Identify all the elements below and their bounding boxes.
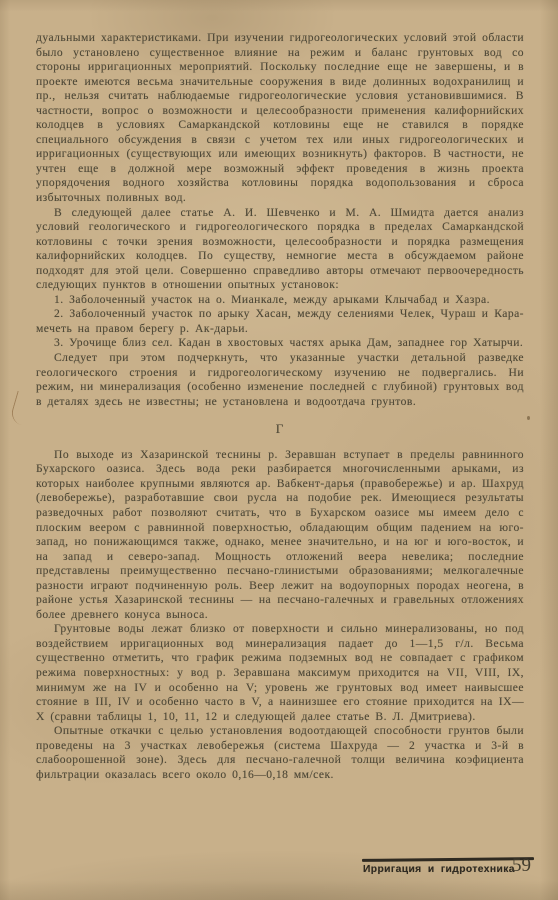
list-item: 1. Заболоченный участок на о. Мианкале, … [36, 293, 524, 308]
margin-pen-mark [9, 391, 30, 425]
list-item: 2. Заболоченный участок по арыку Хасан, … [36, 307, 524, 336]
paragraph: Грунтовые воды лежат близко от поверхнос… [36, 622, 524, 724]
ink-speck [527, 416, 530, 420]
list-item: 3. Урочище близ сел. Кадан в хвостовых ч… [36, 336, 524, 351]
paragraph: Следует при этом подчеркнуть, что указан… [36, 351, 524, 409]
journal-title: Ирригация и гидротехника [363, 864, 513, 875]
paragraph: дуальными характеристиками. При изучении… [36, 31, 524, 206]
paragraph: Опытные откачки с целью установления вод… [36, 724, 524, 782]
page-number: 59 [512, 855, 531, 877]
paragraph: По выходе из Хазаринской теснины р. Зера… [36, 448, 524, 623]
scanned-page: дуальными характеристиками. При изучении… [0, 0, 558, 900]
section-heading: Г [36, 422, 524, 437]
footer-rule [362, 857, 534, 861]
body-text: дуальными характеристиками. При изучении… [36, 31, 524, 851]
paragraph: В следующей далее статье А. И. Шевченко … [36, 206, 524, 293]
